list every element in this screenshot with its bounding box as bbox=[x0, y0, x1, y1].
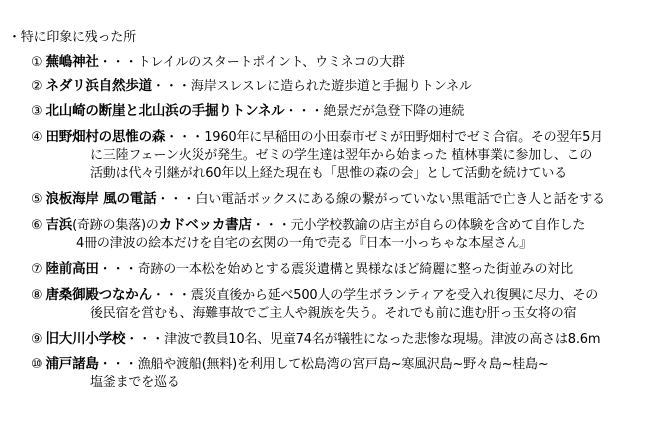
item-description-continued: に三陸フェーン火災が発生。ゼミの学生達は翌年から始まった 植林事業に参加し、この bbox=[90, 147, 592, 164]
item-description: 津波で教員10名、児童74名が犠牲になった悲惨な現場。津波の高さは8.6m bbox=[164, 332, 600, 347]
item-separator: ・・・ bbox=[99, 55, 138, 70]
item-description: 漁船や渡船(無料)を利用して松島湾の宮戸島~寒風沢島~野々島~桂島~ bbox=[138, 357, 549, 372]
item-name: 陸前高田 bbox=[45, 261, 98, 277]
item-description: 奇跡の一本松を始めとする震災遺構と異様なほど綺麗に整った街並みの対比 bbox=[138, 262, 573, 277]
item-description-continued: 活動は代々引継がれ60年以上経た現在も「思惟の森の会」として活動を続けている bbox=[90, 165, 567, 182]
item-separator: ・・・ bbox=[156, 192, 195, 207]
item-number: ③ bbox=[31, 104, 42, 119]
list-item: ①蕪嶋神社・・・トレイルのスタートポイント、ウミネコの大群 bbox=[31, 54, 405, 71]
item-name: 吉浜 bbox=[45, 217, 72, 233]
item-description: 絶景だが急登下降の連続 bbox=[323, 104, 464, 119]
item-description: 1960年に早稲田の小田泰市ゼミが田野畑村でゼミ合宿。その翌年5月 bbox=[204, 130, 603, 145]
item-description: 海岸スレスレに造られた遊歩道と手掘りトンネル bbox=[191, 79, 472, 94]
item-description: 白い電話ボックスにある線の繋がっていない黒電話で亡き人と話をする bbox=[195, 192, 604, 207]
list-item: ⑩浦戸諸島・・・漁船や渡船(無料)を利用して松島湾の宮戸島~寒風沢島~野々島~桂… bbox=[31, 356, 549, 373]
item-separator: ・・・ bbox=[99, 357, 138, 372]
item-name: 旧大川小学校 bbox=[45, 331, 125, 347]
list-item: ⑥吉浜(奇跡の集落)のカドベッカ書店・・・元小学校教諭の店主が自らの体験を含めて… bbox=[31, 217, 585, 234]
list-item: ④田野畑村の思惟の森・・・1960年に早稲田の小田泰市ゼミが田野畑村でゼミ合宿。… bbox=[31, 129, 603, 146]
list-item: ②ネダリ浜自然歩道・・・海岸スレスレに造られた遊歩道と手掘りトンネル bbox=[31, 78, 472, 95]
item-name: 田野畑村の思惟の森 bbox=[45, 129, 165, 145]
list-item: ⑨旧大川小学校・・・津波で教員10名、児童74名が犠牲になった悲惨な現場。津波の… bbox=[31, 331, 600, 348]
item-name-secondary: カドベッカ書店 bbox=[159, 217, 252, 233]
item-description-continued: 4冊の津波の絵本だけを自宅の玄関の一角で売る『日本一小っちゃな本屋さん』 bbox=[76, 235, 532, 252]
list-item: ⑤浪板海岸 風の電話・・・白い電話ボックスにある線の繋がっていない黒電話で亡き人… bbox=[31, 191, 605, 208]
item-name: 浪板海岸 風の電話 bbox=[45, 191, 156, 207]
item-description-continued: 後民宿を営むも、海難事故でご主人や親族を失う。それでも前に進む肝っ玉女将の宿 bbox=[90, 305, 576, 322]
item-separator: ・・・ bbox=[252, 218, 291, 233]
item-name: ネダリ浜自然歩道 bbox=[45, 78, 151, 94]
item-separator: ・・・ bbox=[152, 79, 191, 94]
list-item: ⑧唐桑御殿つなかん・・・震災直後から延べ500人の学生ボランティアを受入れ復興に… bbox=[31, 287, 598, 304]
item-number: ② bbox=[31, 79, 42, 94]
item-separator: ・・・ bbox=[284, 104, 323, 119]
item-name: 唐桑御殿つなかん bbox=[45, 287, 151, 303]
list-item: ③北山崎の断崖と北山浜の手掘りトンネル・・・絶景だが急登下降の連続 bbox=[31, 103, 464, 120]
item-number: ⑨ bbox=[31, 332, 42, 347]
section-heading: ・特に印象に残った所 bbox=[8, 29, 136, 46]
item-separator: ・・・ bbox=[99, 262, 138, 277]
item-number: ⑦ bbox=[31, 262, 42, 277]
item-description: 震災直後から延べ500人の学生ボランティアを受入れ復興に尽力、その bbox=[191, 288, 598, 303]
item-name-plain: (奇跡の集落)の bbox=[72, 218, 159, 233]
item-number: ① bbox=[31, 55, 42, 70]
item-number: ④ bbox=[31, 130, 42, 145]
item-number: ⑤ bbox=[31, 192, 42, 207]
item-separator: ・・・ bbox=[125, 332, 164, 347]
item-description: 元小学校教諭の店主が自らの体験を含めて自作した bbox=[291, 218, 585, 233]
item-separator: ・・・ bbox=[152, 288, 191, 303]
list-item: ⑦陸前高田・・・奇跡の一本松を始めとする震災遺構と異様なほど綺麗に整った街並みの… bbox=[31, 261, 573, 278]
item-number: ⑥ bbox=[31, 218, 42, 233]
item-name: 蕪嶋神社 bbox=[45, 54, 98, 70]
item-separator: ・・・ bbox=[165, 130, 204, 145]
item-description: トレイルのスタートポイント、ウミネコの大群 bbox=[138, 55, 405, 70]
item-number: ⑩ bbox=[31, 357, 42, 372]
item-description-continued: 塩釜までを巡る bbox=[90, 374, 180, 391]
item-name: 浦戸諸島 bbox=[45, 356, 98, 372]
item-number: ⑧ bbox=[31, 288, 42, 303]
item-name: 北山崎の断崖と北山浜の手掘りトンネル bbox=[45, 103, 284, 119]
